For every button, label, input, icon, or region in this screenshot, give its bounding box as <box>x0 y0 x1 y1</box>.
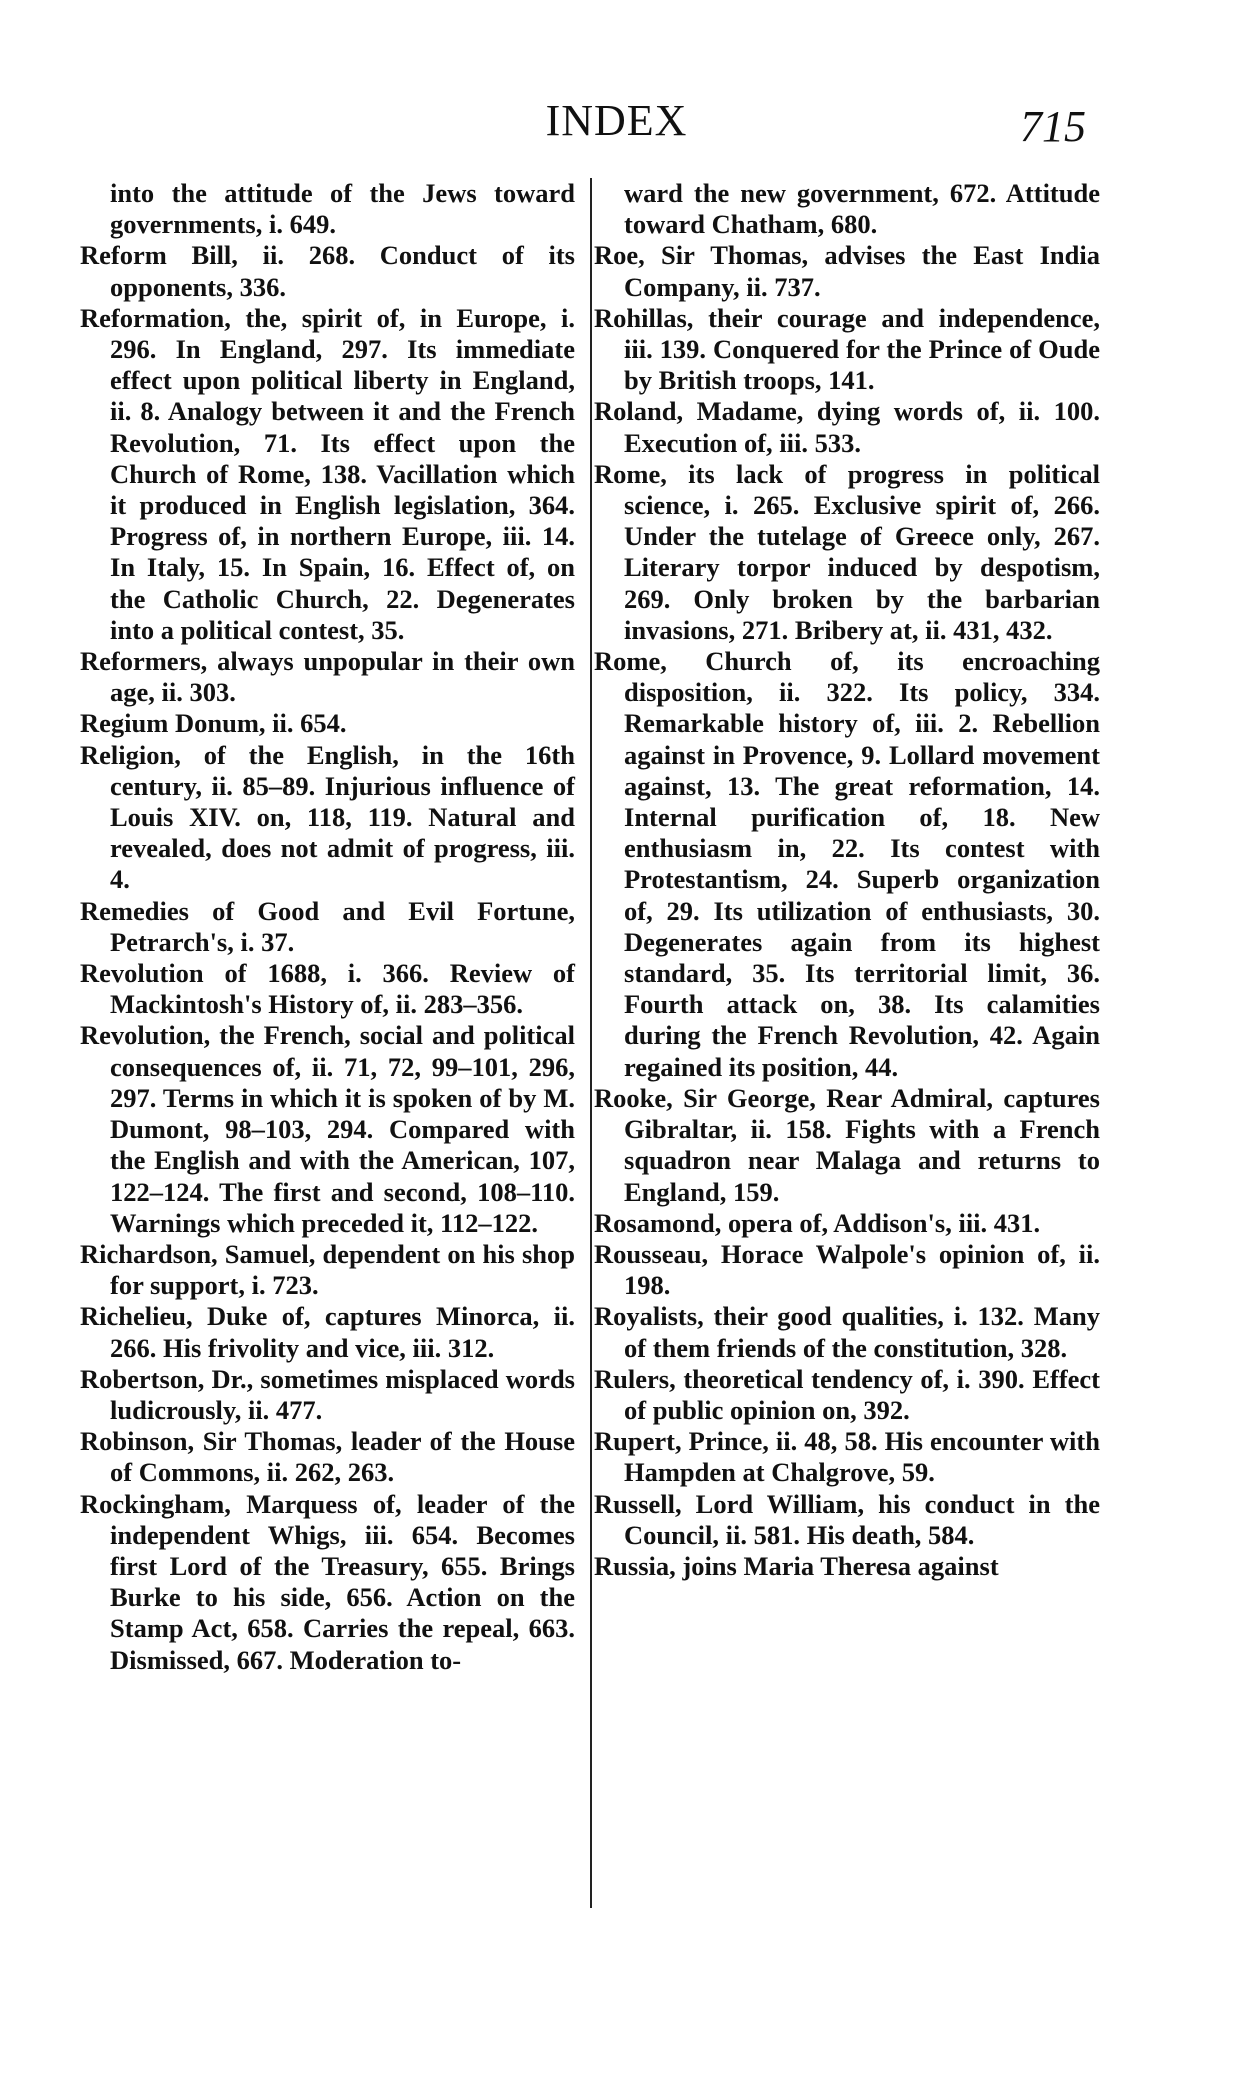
index-entry: Robertson, Dr., sometimes misplaced word… <box>80 1364 575 1426</box>
index-entry: Rooke, Sir George, Rear Admiral, capture… <box>594 1083 1100 1208</box>
index-entry: Reformers, always unpopular in their own… <box>80 646 575 708</box>
index-entry: Robinson, Sir Thomas, leader of the Hous… <box>80 1426 575 1488</box>
index-entry: Rulers, theoretical tendency of, i. 390.… <box>594 1364 1100 1426</box>
column-divider <box>590 178 592 1908</box>
index-entry: Reform Bill, ii. 268. Conduct of its opp… <box>80 240 575 302</box>
index-entry: Rosamond, opera of, Addison's, iii. 431. <box>594 1208 1100 1239</box>
index-entry: Rockingham, Marquess of, leader of the i… <box>80 1489 575 1676</box>
index-entry: Revolution of 1688, i. 366. Review of Ma… <box>80 958 575 1020</box>
index-entry: Royalists, their good qualities, i. 132.… <box>594 1301 1100 1363</box>
index-column-left: into the attitude of the Jews toward gov… <box>80 178 575 1676</box>
index-entry: Russia, joins Maria Theresa against <box>594 1551 1100 1582</box>
index-entry: Russell, Lord William, his conduct in th… <box>594 1489 1100 1551</box>
index-entry: Roland, Madame, dying words of, ii. 100.… <box>594 396 1100 458</box>
index-entry: Remedies of Good and Evil Fortune, Petra… <box>80 896 575 958</box>
index-entry: Reformation, the, spirit of, in Europe, … <box>80 303 575 646</box>
index-entry: ward the new government, 672. Attitude t… <box>594 178 1100 240</box>
page-number: 715 <box>1020 101 1086 152</box>
index-entry: Roe, Sir Thomas, advises the East India … <box>594 240 1100 302</box>
index-entry: Richardson, Samuel, dependent on his sho… <box>80 1239 575 1301</box>
index-entry: Rousseau, Horace Walpole's opinion of, i… <box>594 1239 1100 1301</box>
index-column-right: ward the new government, 672. Attitude t… <box>594 178 1100 1582</box>
index-entry: Regium Donum, ii. 654. <box>80 708 575 739</box>
index-entry: Revolution, the French, social and polit… <box>80 1020 575 1238</box>
index-entry: Religion, of the English, in the 16th ce… <box>80 740 575 896</box>
page-header: INDEX 715 <box>0 95 1233 155</box>
index-entry: Rupert, Prince, ii. 48, 58. His encounte… <box>594 1426 1100 1488</box>
index-entry: Rohillas, their courage and independence… <box>594 303 1100 397</box>
index-entry: into the attitude of the Jews toward gov… <box>80 178 575 240</box>
index-entry: Richelieu, Duke of, captures Minorca, ii… <box>80 1301 575 1363</box>
index-entry: Rome, its lack of progress in political … <box>594 459 1100 646</box>
index-entry: Rome, Church of, its encroaching disposi… <box>594 646 1100 1083</box>
